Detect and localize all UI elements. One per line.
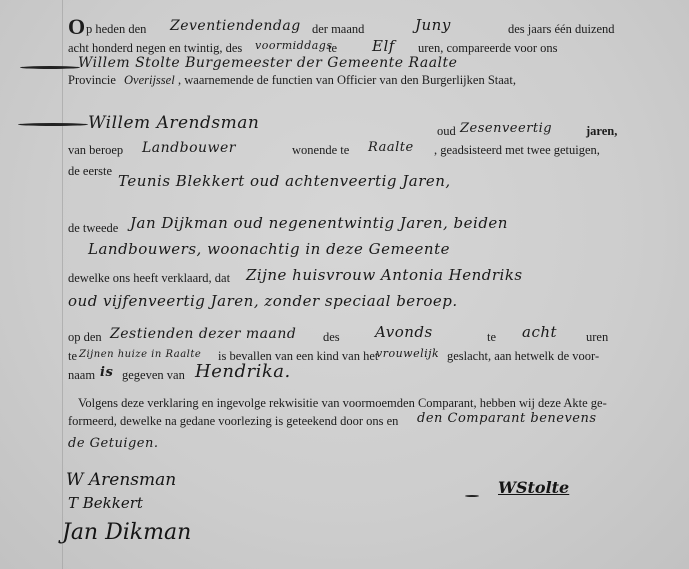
handwritten-witness2: Jan Dijkman oud negenentwintig Jaren, be… [130,214,508,232]
handwritten-official: Willem Stolte Burgemeester der Gemeente … [78,55,457,71]
printed-text: te [487,330,496,345]
handwritten-comparant: den Comparant benevens [417,411,597,426]
printed-text: uren, compareerde voor ons [418,41,558,56]
printed-text: oud [437,124,456,139]
printed-text: geslacht, aan hetwelk de voor- [447,349,599,364]
handwritten-birth-place: Zijnen huize in Raalte [79,349,201,360]
printed-text: naam [68,368,95,383]
printed-text: dewelke ons heeft verklaard, dat [68,271,230,286]
printed-text: op den [68,330,102,345]
document-page: O p heden den Zeventiendendag der maand … [0,0,689,569]
handwritten-mother-details: oud vijfenveertig Jaren, zonder speciaal… [68,292,458,310]
printed-text: wonende te [292,143,349,158]
printed-text: uren [586,330,608,345]
printed-text: Volgens deze verklaring en ingevolge rek… [78,396,607,411]
handwritten-month: Juny [415,16,451,34]
printed-text: , waarnemende de functien van Officier v… [178,73,516,88]
handwritten-child-name: Hendrika. [195,361,291,382]
signature-witness2: Jan Dikman [62,520,191,545]
printed-text: te [68,349,77,364]
handwritten-occupation: Landbouwer [142,140,236,156]
printed-text: formeerd, dewelke na gedane voorlezing i… [68,414,398,429]
printed-text: acht honderd negen en twintig, des [68,41,242,56]
printed-text: des jaars één duizend [508,22,615,37]
handwritten-age: Zesenveertig [460,121,552,136]
printed-text: van beroep [68,143,123,158]
printed-text: der maand [312,22,364,37]
handwritten-hour-of-birth: acht [522,323,557,341]
pen-flourish [18,123,88,126]
margin-line [62,0,63,569]
handwritten-is: is [100,365,113,380]
handwritten-hour: Elf [372,37,395,55]
signature-comparant: W Arensman [66,470,176,490]
handwritten-father-name: Willem Arendsman [88,113,259,133]
handwritten-time-of-day: voormiddags [255,39,333,52]
printed-text: p heden den [86,22,146,37]
printed-text: de tweede [68,221,118,236]
printed-text: , geadsisteerd met twee getuigen, [434,143,600,158]
dash-mark [465,495,479,497]
printed-text: jaren, [586,124,617,139]
handwritten-witnesses: de Getuigen. [68,436,159,451]
handwritten-time-of-birth: Avonds [375,323,433,341]
handwritten-witness1: Teunis Blekkert oud achtenveertig Jaren, [118,172,451,190]
handwritten-mother: Zijne huisvrouw Antonia Hendriks [246,266,523,284]
handwritten-birth-date: Zestienden dezer maand [110,326,296,342]
handwritten-witness-occupation: Landbouwers, woonachtig in deze Gemeente [88,240,450,258]
handwritten-gender: vrouwelijk [376,347,439,360]
printed-text: Provincie [68,73,116,88]
initial-letter: O [68,14,85,40]
province-name: Overijssel [124,73,175,88]
handwritten-day: Zeventiendendag [170,18,301,34]
pen-flourish [20,66,80,69]
signature-witness1: T Bekkert [68,494,143,512]
printed-text: de eerste [68,164,112,179]
signature-official: WStolte [498,478,569,497]
printed-text: gegeven van [122,368,185,383]
handwritten-town: Raalte [368,140,414,155]
printed-text: te [328,41,337,56]
printed-text: des [323,330,340,345]
